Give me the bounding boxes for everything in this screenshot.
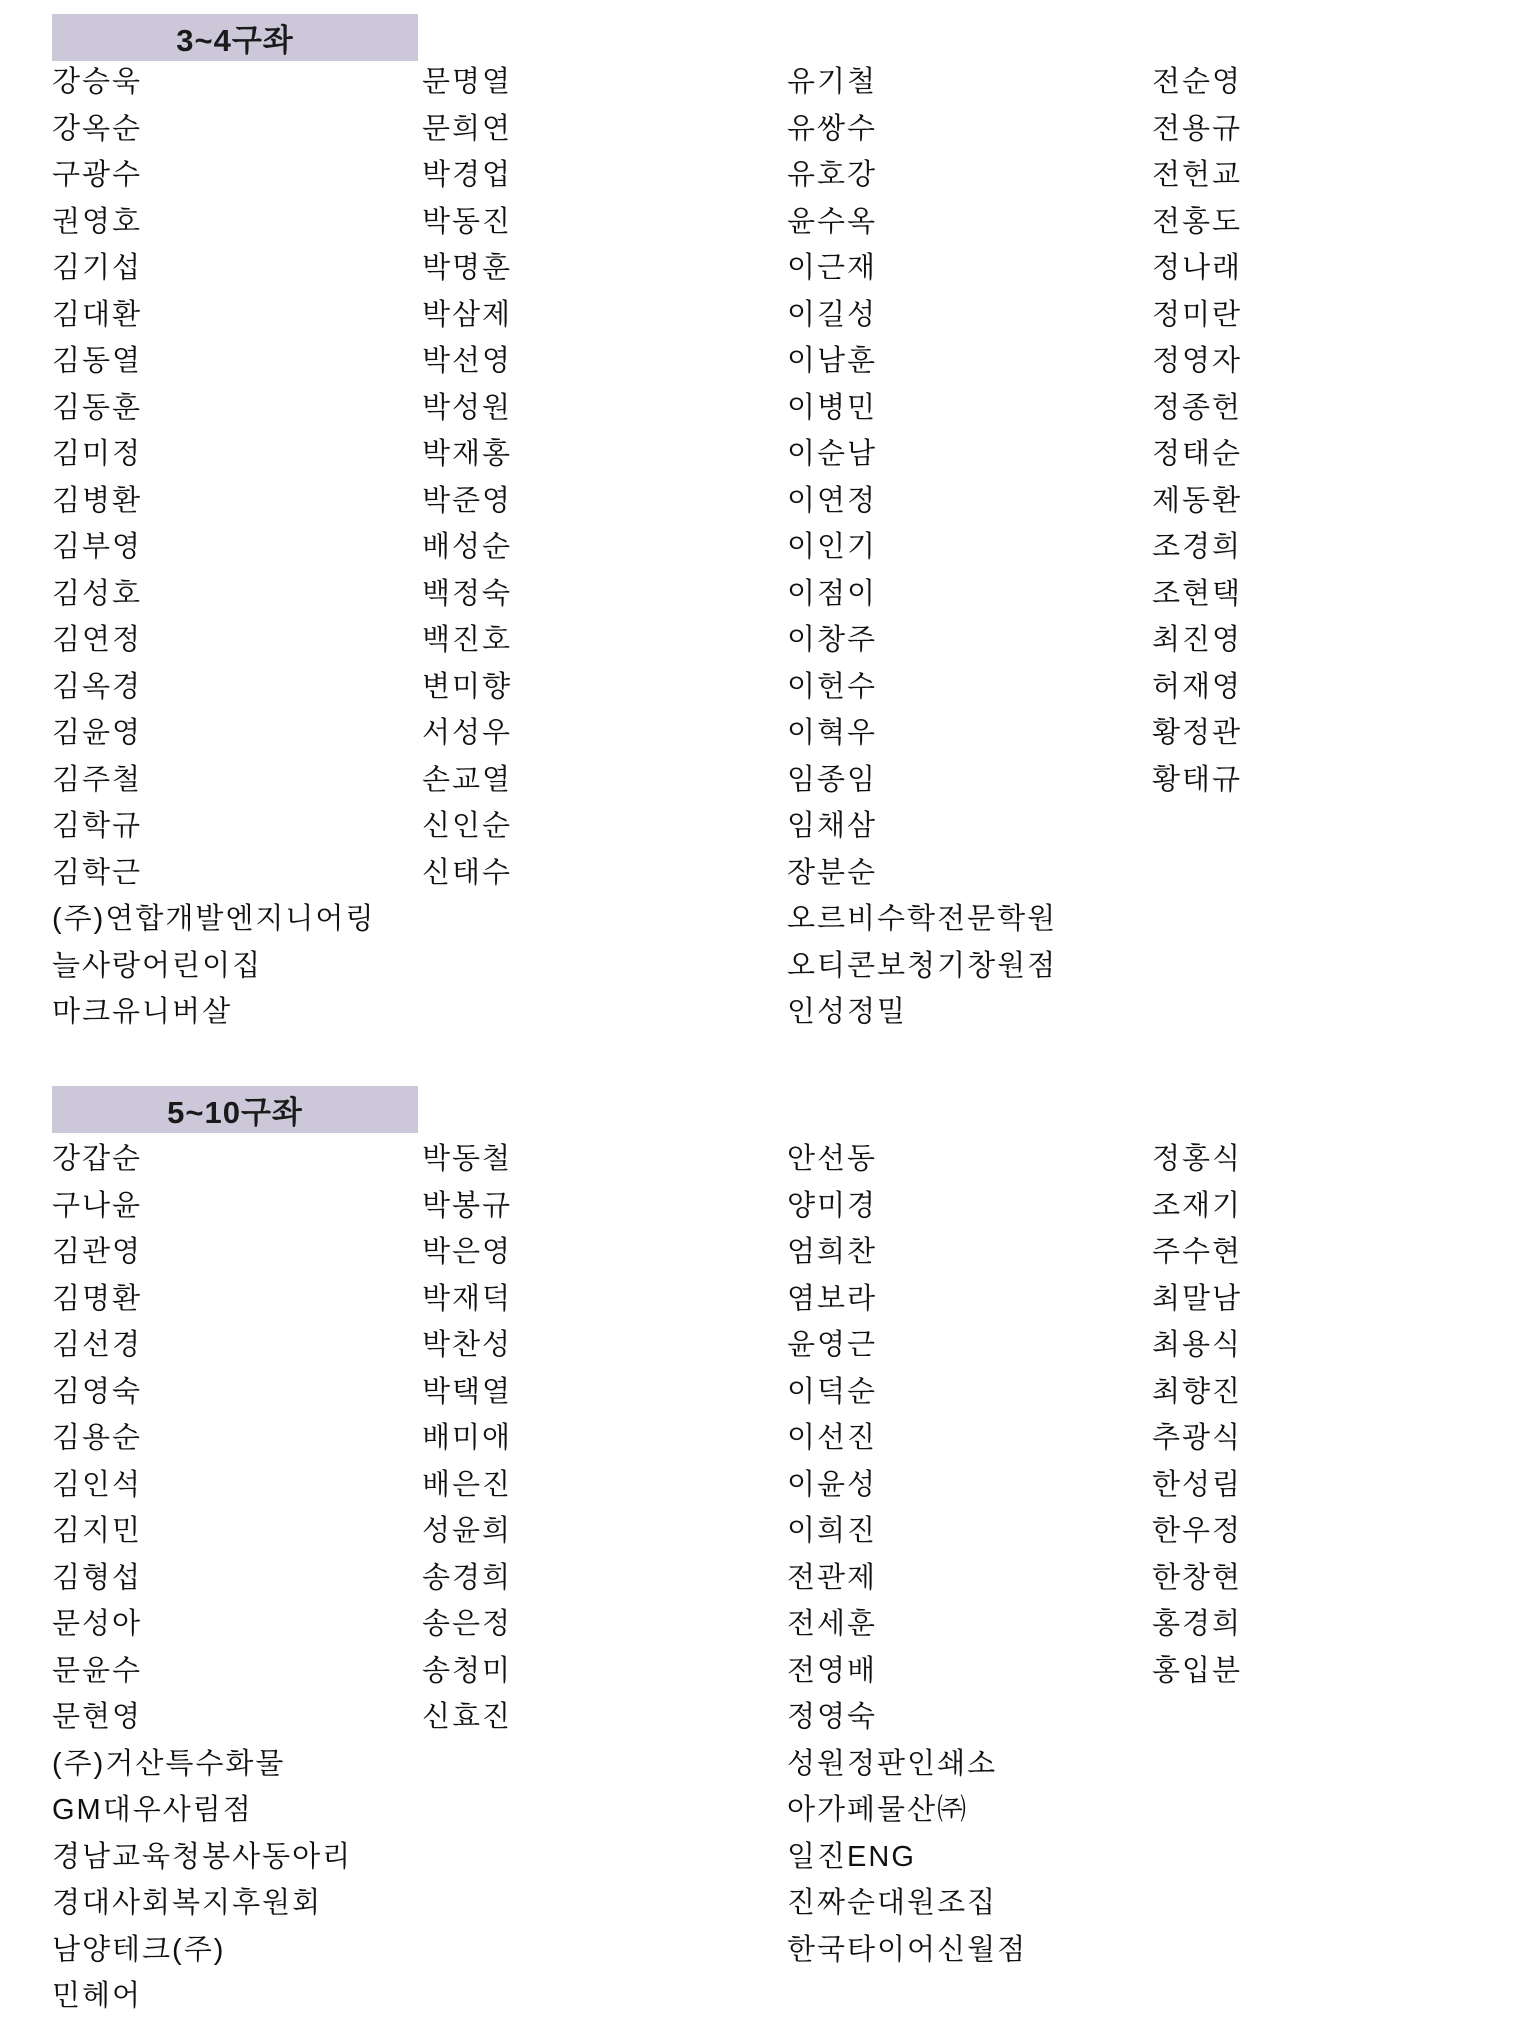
donor-name: 조재기 xyxy=(1152,1183,1242,1230)
donor-name: 이인기 xyxy=(787,524,1057,571)
donor-name: 박준영 xyxy=(422,478,512,525)
donor-name: 유호강 xyxy=(787,152,1057,199)
donor-name: 최향진 xyxy=(1152,1369,1242,1416)
donor-name: 한성림 xyxy=(1152,1462,1242,1509)
donor-name: 엄희찬 xyxy=(787,1229,1027,1276)
section-5-10-column-3: 안선동양미경엄희찬염보라윤영근이덕순이선진이윤성이희진전관제전세훈전영배정영숙성… xyxy=(787,1136,1027,1973)
donor-name: 박동진 xyxy=(422,199,512,246)
donor-name: 임종임 xyxy=(787,757,1057,804)
donor-name: 문명열 xyxy=(422,59,512,106)
donor-name: 문희연 xyxy=(422,106,512,153)
donor-name: 임채삼 xyxy=(787,803,1057,850)
donor-name: 김용순 xyxy=(52,1415,352,1462)
donor-name: 정미란 xyxy=(1152,292,1242,339)
donor-name: 이순남 xyxy=(787,431,1057,478)
donor-name: 김동훈 xyxy=(52,385,375,432)
donor-name: 이창주 xyxy=(787,617,1057,664)
donor-name: (주)연합개발엔지니어링 xyxy=(52,896,375,943)
donor-name: 백진호 xyxy=(422,617,512,664)
section-header-5-10: 5~10구좌 xyxy=(52,1086,418,1133)
donor-name: 이점이 xyxy=(787,571,1057,618)
donor-name: 박은영 xyxy=(422,1229,512,1276)
donor-name: 성원정판인쇄소 xyxy=(787,1741,1027,1788)
donor-name: 이연정 xyxy=(787,478,1057,525)
donor-name: 오르비수학전문학원 xyxy=(787,896,1057,943)
donor-name: 김기섭 xyxy=(52,245,375,292)
donor-name: 김인석 xyxy=(52,1462,352,1509)
donor-name: 주수현 xyxy=(1152,1229,1242,1276)
donor-name: 정종헌 xyxy=(1152,385,1242,432)
donor-name: (주)거산특수화물 xyxy=(52,1741,352,1788)
donor-name: 이근재 xyxy=(787,245,1057,292)
donor-name: 구광수 xyxy=(52,152,375,199)
donor-name: 김학규 xyxy=(52,803,375,850)
section-3-4-column-2: 문명열문희연박경업박동진박명훈박삼제박선영박성원박재홍박준영배성순백정숙백진호변… xyxy=(422,59,512,896)
donor-name: 한창현 xyxy=(1152,1555,1242,1602)
section-3-4-column-3: 유기철유쌍수유호강윤수옥이근재이길성이남훈이병민이순남이연정이인기이점이이창주이… xyxy=(787,59,1057,1036)
donor-name: 강옥순 xyxy=(52,106,375,153)
section-5-10-column-2: 박동철박봉규박은영박재덕박찬성박택열배미애배은진성윤희송경희송은정송청미신효진 xyxy=(422,1136,512,1741)
donor-name: 정나래 xyxy=(1152,245,1242,292)
donor-name: 김윤영 xyxy=(52,710,375,757)
donor-name: 황정관 xyxy=(1152,710,1242,757)
donor-name: 김주철 xyxy=(52,757,375,804)
donor-name: 유기철 xyxy=(787,59,1057,106)
donor-name: 김연정 xyxy=(52,617,375,664)
donor-name: 정홍식 xyxy=(1152,1136,1242,1183)
donor-name: 마크유니버살 xyxy=(52,989,375,1036)
donor-name: 이선진 xyxy=(787,1415,1027,1462)
donor-name: 양미경 xyxy=(787,1183,1027,1230)
donor-name: 박성원 xyxy=(422,385,512,432)
donor-name: 한우정 xyxy=(1152,1508,1242,1555)
donor-name: 안선동 xyxy=(787,1136,1027,1183)
donor-name: 신태수 xyxy=(422,850,512,897)
donor-name: 이헌수 xyxy=(787,664,1057,711)
donor-name: 윤수옥 xyxy=(787,199,1057,246)
donor-name: 오티콘보청기창원점 xyxy=(787,943,1057,990)
donor-name: 김대환 xyxy=(52,292,375,339)
donor-name: 박재덕 xyxy=(422,1276,512,1323)
donor-name: 전관제 xyxy=(787,1555,1027,1602)
donor-name: 김부영 xyxy=(52,524,375,571)
donor-name: 김선경 xyxy=(52,1322,352,1369)
donor-name: 최말남 xyxy=(1152,1276,1242,1323)
section-5-10-column-4: 정홍식조재기주수현최말남최용식최향진추광식한성림한우정한창현홍경희홍입분 xyxy=(1152,1136,1242,1694)
donor-name: 이길성 xyxy=(787,292,1057,339)
section-5-10-column-1: 강갑순구나윤김관영김명환김선경김영숙김용순김인석김지민김형섭문성아문윤수문현영(… xyxy=(52,1136,352,2020)
donor-name: 서성우 xyxy=(422,710,512,757)
donor-name: 배은진 xyxy=(422,1462,512,1509)
donor-name: 남양테크(주) xyxy=(52,1927,352,1974)
donor-name: 강갑순 xyxy=(52,1136,352,1183)
donor-name: 권영호 xyxy=(52,199,375,246)
donor-name: 전홍도 xyxy=(1152,199,1242,246)
donor-name: 변미향 xyxy=(422,664,512,711)
donor-name: 김성호 xyxy=(52,571,375,618)
donor-name: 진짜순대원조집 xyxy=(787,1880,1027,1927)
donor-name: 김관영 xyxy=(52,1229,352,1276)
donor-name: 이남훈 xyxy=(787,338,1057,385)
donor-name: 박찬성 xyxy=(422,1322,512,1369)
donor-name: 송경희 xyxy=(422,1555,512,1602)
donor-name: 늘사랑어린이집 xyxy=(52,943,375,990)
section-3-4-column-4: 전순영전용규전헌교전홍도정나래정미란정영자정종헌정태순제동환조경희조현택최진영허… xyxy=(1152,59,1242,803)
donor-name: 전순영 xyxy=(1152,59,1242,106)
donor-name: 박재홍 xyxy=(422,431,512,478)
donor-name: 홍경희 xyxy=(1152,1601,1242,1648)
donor-name: 박경업 xyxy=(422,152,512,199)
donor-name: 한국타이어신월점 xyxy=(787,1927,1027,1974)
donor-name: 조현택 xyxy=(1152,571,1242,618)
section-3-4-column-1: 강승욱강옥순구광수권영호김기섭김대환김동열김동훈김미정김병환김부영김성호김연정김… xyxy=(52,59,375,1036)
donor-name: 문현영 xyxy=(52,1694,352,1741)
donor-name: 박동철 xyxy=(422,1136,512,1183)
donor-name: 이병민 xyxy=(787,385,1057,432)
donor-name: 허재영 xyxy=(1152,664,1242,711)
donor-name: 경대사회복지후원회 xyxy=(52,1880,352,1927)
donor-name: 인성정밀 xyxy=(787,989,1057,1036)
donor-name: 신인순 xyxy=(422,803,512,850)
donor-name: GM대우사림점 xyxy=(52,1787,352,1834)
donor-name: 배미애 xyxy=(422,1415,512,1462)
section-header-3-4: 3~4구좌 xyxy=(52,14,418,61)
donor-name: 문성아 xyxy=(52,1601,352,1648)
donor-name: 윤영근 xyxy=(787,1322,1027,1369)
donor-name: 최진영 xyxy=(1152,617,1242,664)
donor-name: 박명훈 xyxy=(422,245,512,292)
donor-name: 염보라 xyxy=(787,1276,1027,1323)
donor-name: 김명환 xyxy=(52,1276,352,1323)
donor-name: 최용식 xyxy=(1152,1322,1242,1369)
donor-name: 문윤수 xyxy=(52,1648,352,1695)
donor-name: 백정숙 xyxy=(422,571,512,618)
donor-name: 이덕순 xyxy=(787,1369,1027,1416)
donor-name: 이희진 xyxy=(787,1508,1027,1555)
donor-name: 전영배 xyxy=(787,1648,1027,1695)
donor-name: 장분순 xyxy=(787,850,1057,897)
donor-name: 이윤성 xyxy=(787,1462,1027,1509)
donor-name: 정영숙 xyxy=(787,1694,1027,1741)
donor-name: 박선영 xyxy=(422,338,512,385)
donor-name: 이혁우 xyxy=(787,710,1057,757)
donor-name: 김학근 xyxy=(52,850,375,897)
donor-name: 전헌교 xyxy=(1152,152,1242,199)
donor-name: 신효진 xyxy=(422,1694,512,1741)
donor-list-page: 3~4구좌 강승욱강옥순구광수권영호김기섭김대환김동열김동훈김미정김병환김부영김… xyxy=(0,0,1536,2040)
donor-name: 추광식 xyxy=(1152,1415,1242,1462)
donor-name: 홍입분 xyxy=(1152,1648,1242,1695)
donor-name: 일진ENG xyxy=(787,1834,1027,1881)
donor-name: 김영숙 xyxy=(52,1369,352,1416)
donor-name: 황태규 xyxy=(1152,757,1242,804)
donor-name: 성윤희 xyxy=(422,1508,512,1555)
donor-name: 유쌍수 xyxy=(787,106,1057,153)
donor-name: 전세훈 xyxy=(787,1601,1027,1648)
donor-name: 손교열 xyxy=(422,757,512,804)
donor-name: 김옥경 xyxy=(52,664,375,711)
donor-name: 강승욱 xyxy=(52,59,375,106)
donor-name: 송청미 xyxy=(422,1648,512,1695)
donor-name: 전용규 xyxy=(1152,106,1242,153)
donor-name: 김동열 xyxy=(52,338,375,385)
donor-name: 제동환 xyxy=(1152,478,1242,525)
donor-name: 구나윤 xyxy=(52,1183,352,1230)
donor-name: 김미정 xyxy=(52,431,375,478)
donor-name: 김형섭 xyxy=(52,1555,352,1602)
donor-name: 아가페물산㈜ xyxy=(787,1787,1027,1834)
donor-name: 박택열 xyxy=(422,1369,512,1416)
donor-name: 조경희 xyxy=(1152,524,1242,571)
donor-name: 김병환 xyxy=(52,478,375,525)
donor-name: 경남교육청봉사동아리 xyxy=(52,1834,352,1881)
donor-name: 박봉규 xyxy=(422,1183,512,1230)
donor-name: 김지민 xyxy=(52,1508,352,1555)
donor-name: 박삼제 xyxy=(422,292,512,339)
donor-name: 민헤어 xyxy=(52,1973,352,2020)
donor-name: 송은정 xyxy=(422,1601,512,1648)
donor-name: 정영자 xyxy=(1152,338,1242,385)
donor-name: 정태순 xyxy=(1152,431,1242,478)
donor-name: 배성순 xyxy=(422,524,512,571)
